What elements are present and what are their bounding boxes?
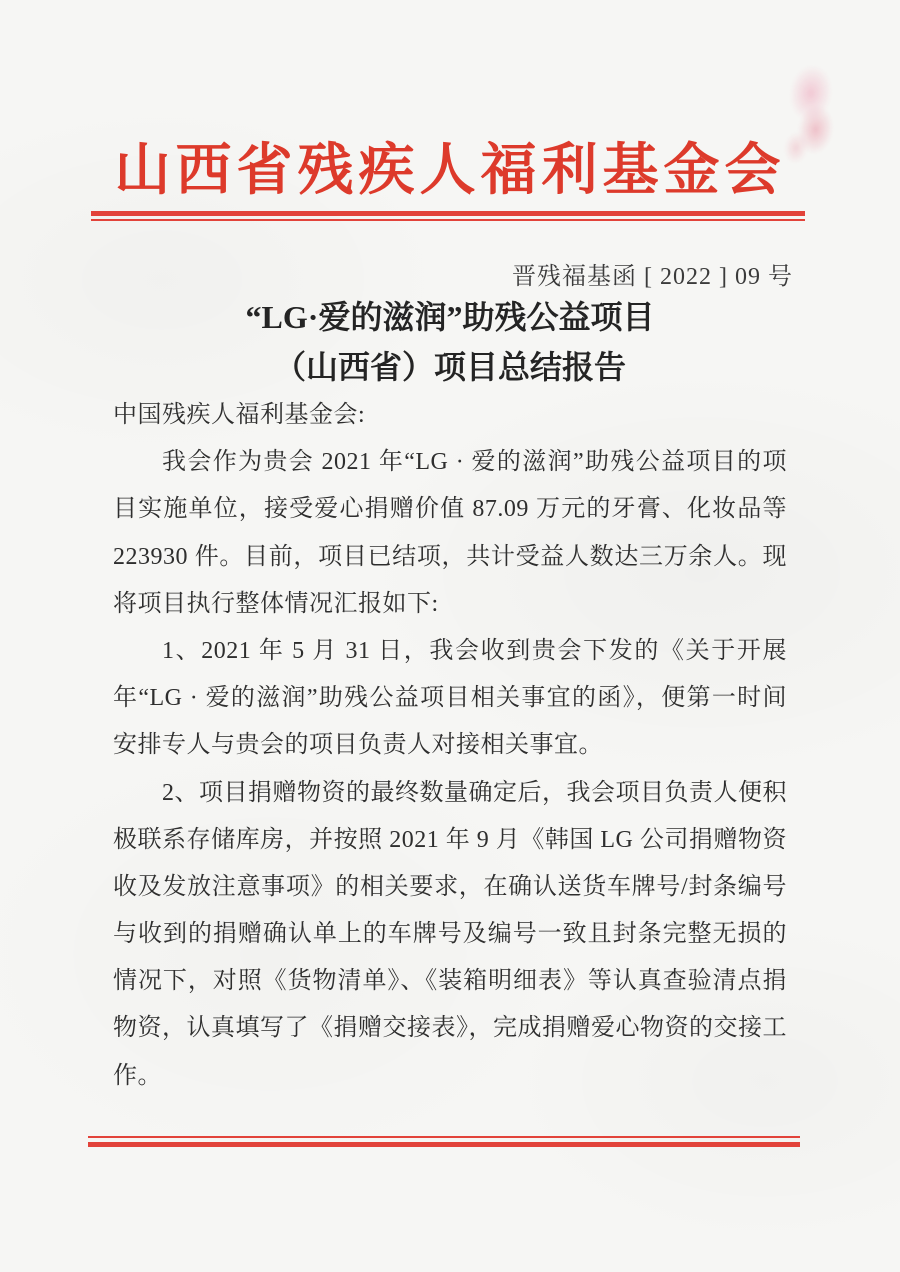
divider-thick-line bbox=[88, 1142, 800, 1147]
body-line: 2、项目捐赠物资的最终数量确定后，我会项目负责人便积 bbox=[113, 770, 787, 817]
body-text: 中国残疾人福利基金会:我会作为贵会 2021 年“LG · 爱的滋润”助残公益项… bbox=[113, 392, 787, 1100]
document-page: 山西省残疾人福利基金会 晋残福基函 [ 2022 ] 09 号 “LG·爱的滋润… bbox=[0, 0, 900, 1272]
body-line: 与收到的捐赠确认单上的车牌号及编号一致且封条完整无损的 bbox=[113, 911, 787, 958]
body-line: 情况下，对照《货物清单》、《装箱明细表》等认真查验清点捐赠 bbox=[113, 958, 787, 1005]
letterhead-divider-top bbox=[91, 211, 805, 221]
body-line: 物资，认真填写了《捐赠交接表》，完成捐赠爱心物资的交接工 bbox=[113, 1005, 787, 1052]
body-line: 将项目执行整体情况汇报如下: bbox=[113, 581, 787, 628]
body-line: 中国残疾人福利基金会: bbox=[113, 392, 787, 439]
body-line: 1、2021 年 5 月 31 日，我会收到贵会下发的《关于开展 2021 bbox=[113, 628, 787, 675]
body-line: 安排专人与贵会的项目负责人对接相关事宜。 bbox=[113, 722, 787, 769]
document-title: “LG·爱的滋润”助残公益项目 （山西省）项目总结报告 bbox=[0, 292, 900, 392]
body-line: 极联系存储库房，并按照 2021 年 9 月《韩国 LG 公司捐赠物资签 bbox=[113, 817, 787, 864]
footer-divider-bottom bbox=[88, 1136, 800, 1147]
body-line: 我会作为贵会 2021 年“LG · 爱的滋润”助残公益项目的项 bbox=[113, 439, 787, 486]
body-line: 年“LG · 爱的滋润”助残公益项目相关事宜的函》，便第一时间 bbox=[113, 675, 787, 722]
divider-thin-line bbox=[91, 219, 805, 221]
body-line: 作。 bbox=[113, 1053, 787, 1100]
document-title-line2: （山西省）项目总结报告 bbox=[0, 342, 900, 392]
divider-thick-line bbox=[91, 211, 805, 216]
document-title-line1: “LG·爱的滋润”助残公益项目 bbox=[0, 292, 900, 342]
document-number: 晋残福基函 [ 2022 ] 09 号 bbox=[512, 256, 793, 291]
letterhead-org-name: 山西省残疾人福利基金会 bbox=[0, 126, 900, 206]
body-line: 收及发放注意事项》的相关要求，在确认送货车牌号/封条编号 bbox=[113, 864, 787, 911]
divider-thin-line bbox=[88, 1136, 800, 1138]
body-line: 目实施单位，接受爱心捐赠价值 87.09 万元的牙膏、化妆品等 bbox=[113, 486, 787, 533]
body-line: 223930 件。目前，项目已结项，共计受益人数达三万余人。现 bbox=[113, 534, 787, 581]
